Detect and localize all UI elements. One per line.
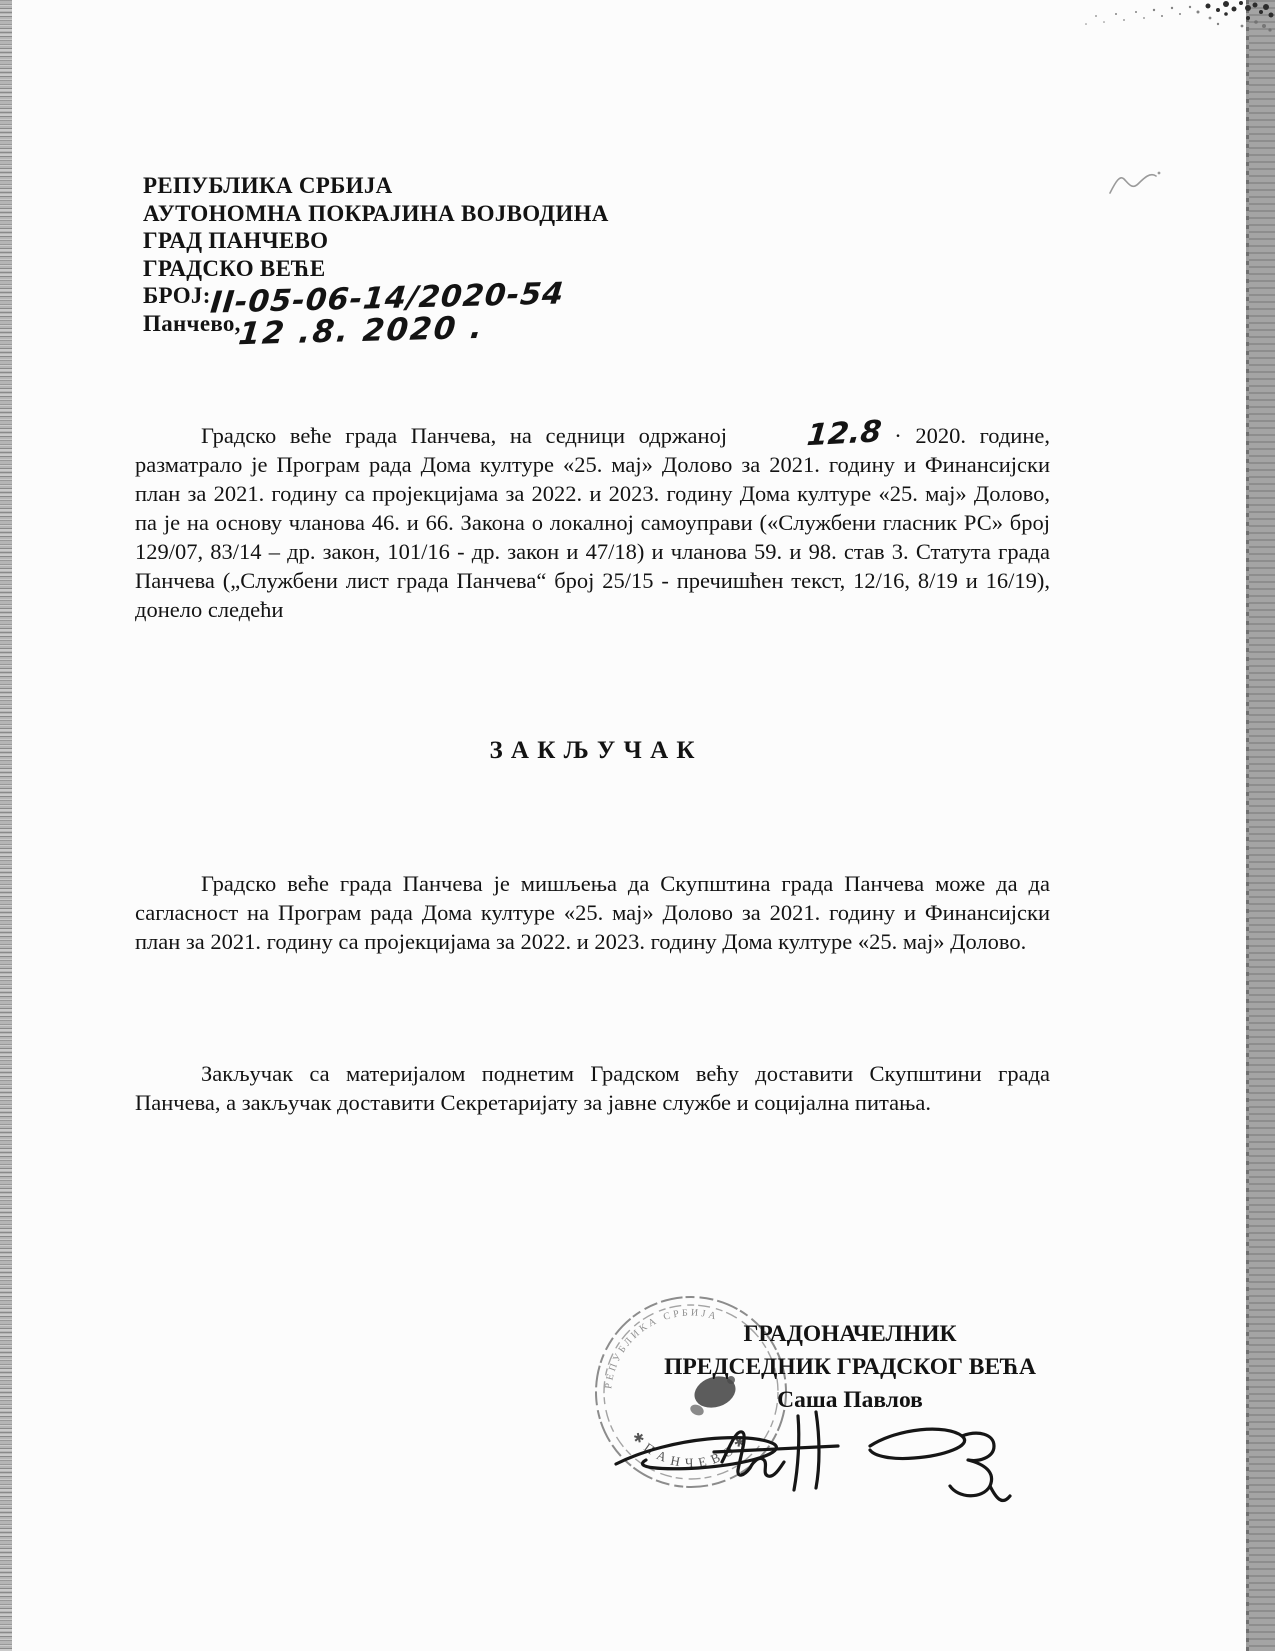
number-handwritten: II-05-06-14/2020-54 [210, 294, 564, 303]
header-city: ГРАД ПАНЧЕВО [143, 227, 609, 255]
scan-edge-left [0, 0, 12, 1651]
paragraph-considerations: Градско веће града Панчева, на седници о… [135, 421, 1050, 624]
signatory-title-mayor: ГРАДОНАЧЕЛНИК [628, 1318, 1072, 1351]
scan-edge-right [1246, 0, 1275, 1651]
scanned-document-page: РЕПУБЛИКА СРБИЈА АУТОНОМНА ПОКРАЈИНА ВОЈ… [0, 0, 1275, 1651]
date-handwritten: 12 .8. 2020 . [238, 327, 483, 333]
header-country: РЕПУБЛИКА СРБИЈА [143, 172, 609, 200]
header-province: АУТОНОМНА ПОКРАЈИНА ВОЈВОДИНА [143, 200, 609, 228]
scan-noise-top-right-icon [1058, 0, 1275, 34]
number-label: БРОЈ: [143, 283, 211, 308]
paragraph-opinion: Градско веће града Панчева је мишљења да… [135, 869, 1050, 956]
paragraph1-handwritten-date: 12.8 [740, 432, 881, 439]
paragraph1-text-after-date: · 2020. године, разматрало је Програм ра… [135, 423, 1050, 622]
document-number-line: БРОЈ:II-05-06-14/2020-54 [143, 282, 609, 310]
document-title-zakljucak: З А К Љ У Ч А К [135, 737, 1050, 765]
signature-block: ГРАДОНАЧЕЛНИК ПРЕДСЕДНИК ГРАДСКОГ ВЕЋА С… [628, 1318, 1072, 1417]
document-header: РЕПУБЛИКА СРБИЈА АУТОНОМНА ПОКРАЈИНА ВОЈ… [143, 172, 609, 337]
pencil-squiggle-mark-icon [1106, 163, 1168, 205]
handwritten-signature-icon [602, 1406, 1012, 1511]
paragraph1-text-before-date: Градско веће града Панчева, на седници о… [201, 423, 741, 448]
paragraph-delivery: Закључак са материјалом поднетим Градско… [135, 1059, 1050, 1117]
signatory-title-council-president: ПРЕДСЕДНИК ГРАДСКОГ ВЕЋА [628, 1351, 1072, 1384]
